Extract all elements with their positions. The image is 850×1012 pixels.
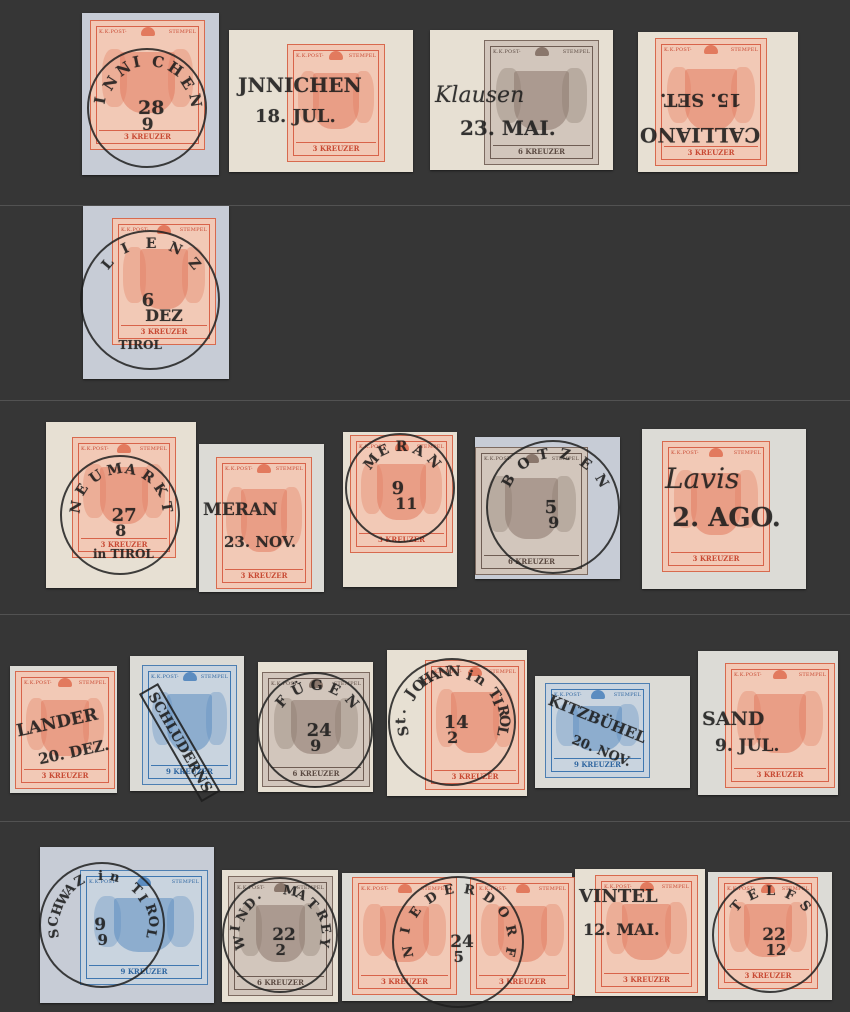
postmark-town: Klausen [435,85,524,107]
crown-icon [591,690,605,699]
postmark-date: 15. SET. [660,90,742,108]
postmark-letter: M [105,462,123,479]
postmark-date: 12. MAI. [583,922,660,938]
crown-icon [257,464,271,473]
postmark-letter: F [503,945,517,956]
postmark-letter: R [396,440,408,454]
crown-icon [704,45,718,54]
postmark-month: 8 [115,523,126,539]
postmark-letter: C [150,54,165,71]
crown-icon [141,27,155,36]
stamp-header-right: STEMPEL [539,886,566,892]
postmark-letter: N [186,92,203,108]
postmark-letter: t [394,718,408,725]
stamp-header-right: STEMPEL [734,450,761,456]
stamp-header-right: STEMPEL [172,879,199,885]
stamp-header-left: K.K.POST- [671,450,699,456]
postmark-letter: i [98,870,103,883]
postmark-town: VINTEL [579,888,658,906]
postmark-letter: G [311,679,323,693]
crown-icon [329,51,343,60]
postmark-month: 9 [548,515,559,531]
postmark-month: DEZ [145,308,183,324]
stamp[interactable]: K.K.POST-STEMPEL3 KREUZER [216,457,312,589]
postmark-letter: N [69,499,85,514]
crown-icon [516,884,530,893]
postmark-letter: E [146,237,157,251]
stamp-header-right: STEMPEL [349,53,376,59]
postmark-town: JNNICHEN [238,75,362,95]
postmark-month: 2 [447,730,458,746]
stamp-header-right: STEMPEL [79,680,106,686]
postmark-month: 12 [765,943,786,958]
stamp-header-left: K.K.POST- [99,29,127,35]
crown-icon [117,444,131,453]
postmark-letter: E [317,923,331,935]
stamp-header-right: STEMPEL [180,227,207,233]
stamp-denomination: 3 KREUZER [671,552,761,563]
stamp-header-right: STEMPEL [563,49,590,55]
postmark-letter: L [766,885,775,898]
postmark-month: 5 [453,950,463,965]
stamp-header-left: K.K.POST- [361,886,389,892]
crown-icon [398,884,412,893]
crown-icon [183,672,197,681]
stamp-header-right: STEMPEL [731,47,758,53]
stamp-header-right: STEMPEL [799,672,826,678]
postmark-letter: E [443,884,455,899]
postmark-town: MERAN [203,502,278,519]
stamp-header-left: K.K.POST- [24,680,52,686]
stamp-header-right: STEMPEL [614,692,641,698]
stamp-header-left: K.K.POST- [734,672,762,678]
stamp-header-left: K.K.POST- [296,53,324,59]
postmark-letter: O [146,915,160,927]
stamp[interactable]: K.K.POST-STEMPEL3 KREUZER [287,44,385,162]
stamp-denomination: 6 KREUZER [493,145,590,156]
postmark-letter: T [536,447,549,463]
postmark-month: 9 [310,738,321,754]
crown-icon [709,448,723,457]
postmark-letter: W [232,934,247,951]
postmark-letter: L [144,928,158,939]
stamp-header-right: STEMPEL [662,884,689,890]
postmark-letter: N [448,665,461,679]
crown-icon [535,47,549,56]
album-strip-divider [0,614,850,615]
postmark-region: TIROL [119,339,162,351]
postmark-date: 9. JUL. [715,738,779,755]
stamp-denomination: 3 KREUZER [24,769,106,780]
postmark-town: CALLIANO [640,125,760,145]
postmark-date: 23. NOV. [224,535,296,550]
postmark-letter: C [48,916,62,927]
stamp-header-left: K.K.POST- [493,49,521,55]
stamp-header-left: K.K.POST- [151,674,179,680]
stamp-denomination: 3 KREUZER [664,146,758,157]
stamp-denomination: 3 KREUZER [296,142,376,153]
stamp-header-right: STEMPEL [276,466,303,472]
postmark-month: 11 [395,496,417,512]
stamp-header-left: K.K.POST- [225,466,253,472]
album-strip-divider [0,821,850,822]
postmark-letter: N [401,944,416,958]
postmark-month: 9 [97,933,107,948]
postmark-month: 9 [142,117,154,134]
postmark-letter: S [396,724,412,736]
postmark-month: 2 [275,943,285,958]
postmark-letter: L [494,725,509,737]
stamp-header-left: K.K.POST- [664,47,692,53]
stamp-header-right: STEMPEL [140,446,167,452]
postmark-date: 23. MAI. [460,118,556,138]
postmark-date: 2. AGO. [672,505,781,531]
postmark-town: Lavis [665,465,739,493]
postmark-region: in TIROL [93,548,154,560]
postmark-date: 18. JUL. [255,108,336,126]
stamp-denomination: 3 KREUZER [734,768,826,779]
stamp-header-left: K.K.POST- [81,446,109,452]
stamp-header-right: STEMPEL [201,674,228,680]
crown-icon [58,678,72,687]
stamp-denomination: 3 KREUZER [225,569,303,580]
stamp-denomination: 3 KREUZER [604,973,689,984]
stamp-header-right: STEMPEL [169,29,196,35]
album-strip-divider [0,400,850,401]
postmark-town: SAND [702,710,764,729]
crown-icon [773,670,787,679]
